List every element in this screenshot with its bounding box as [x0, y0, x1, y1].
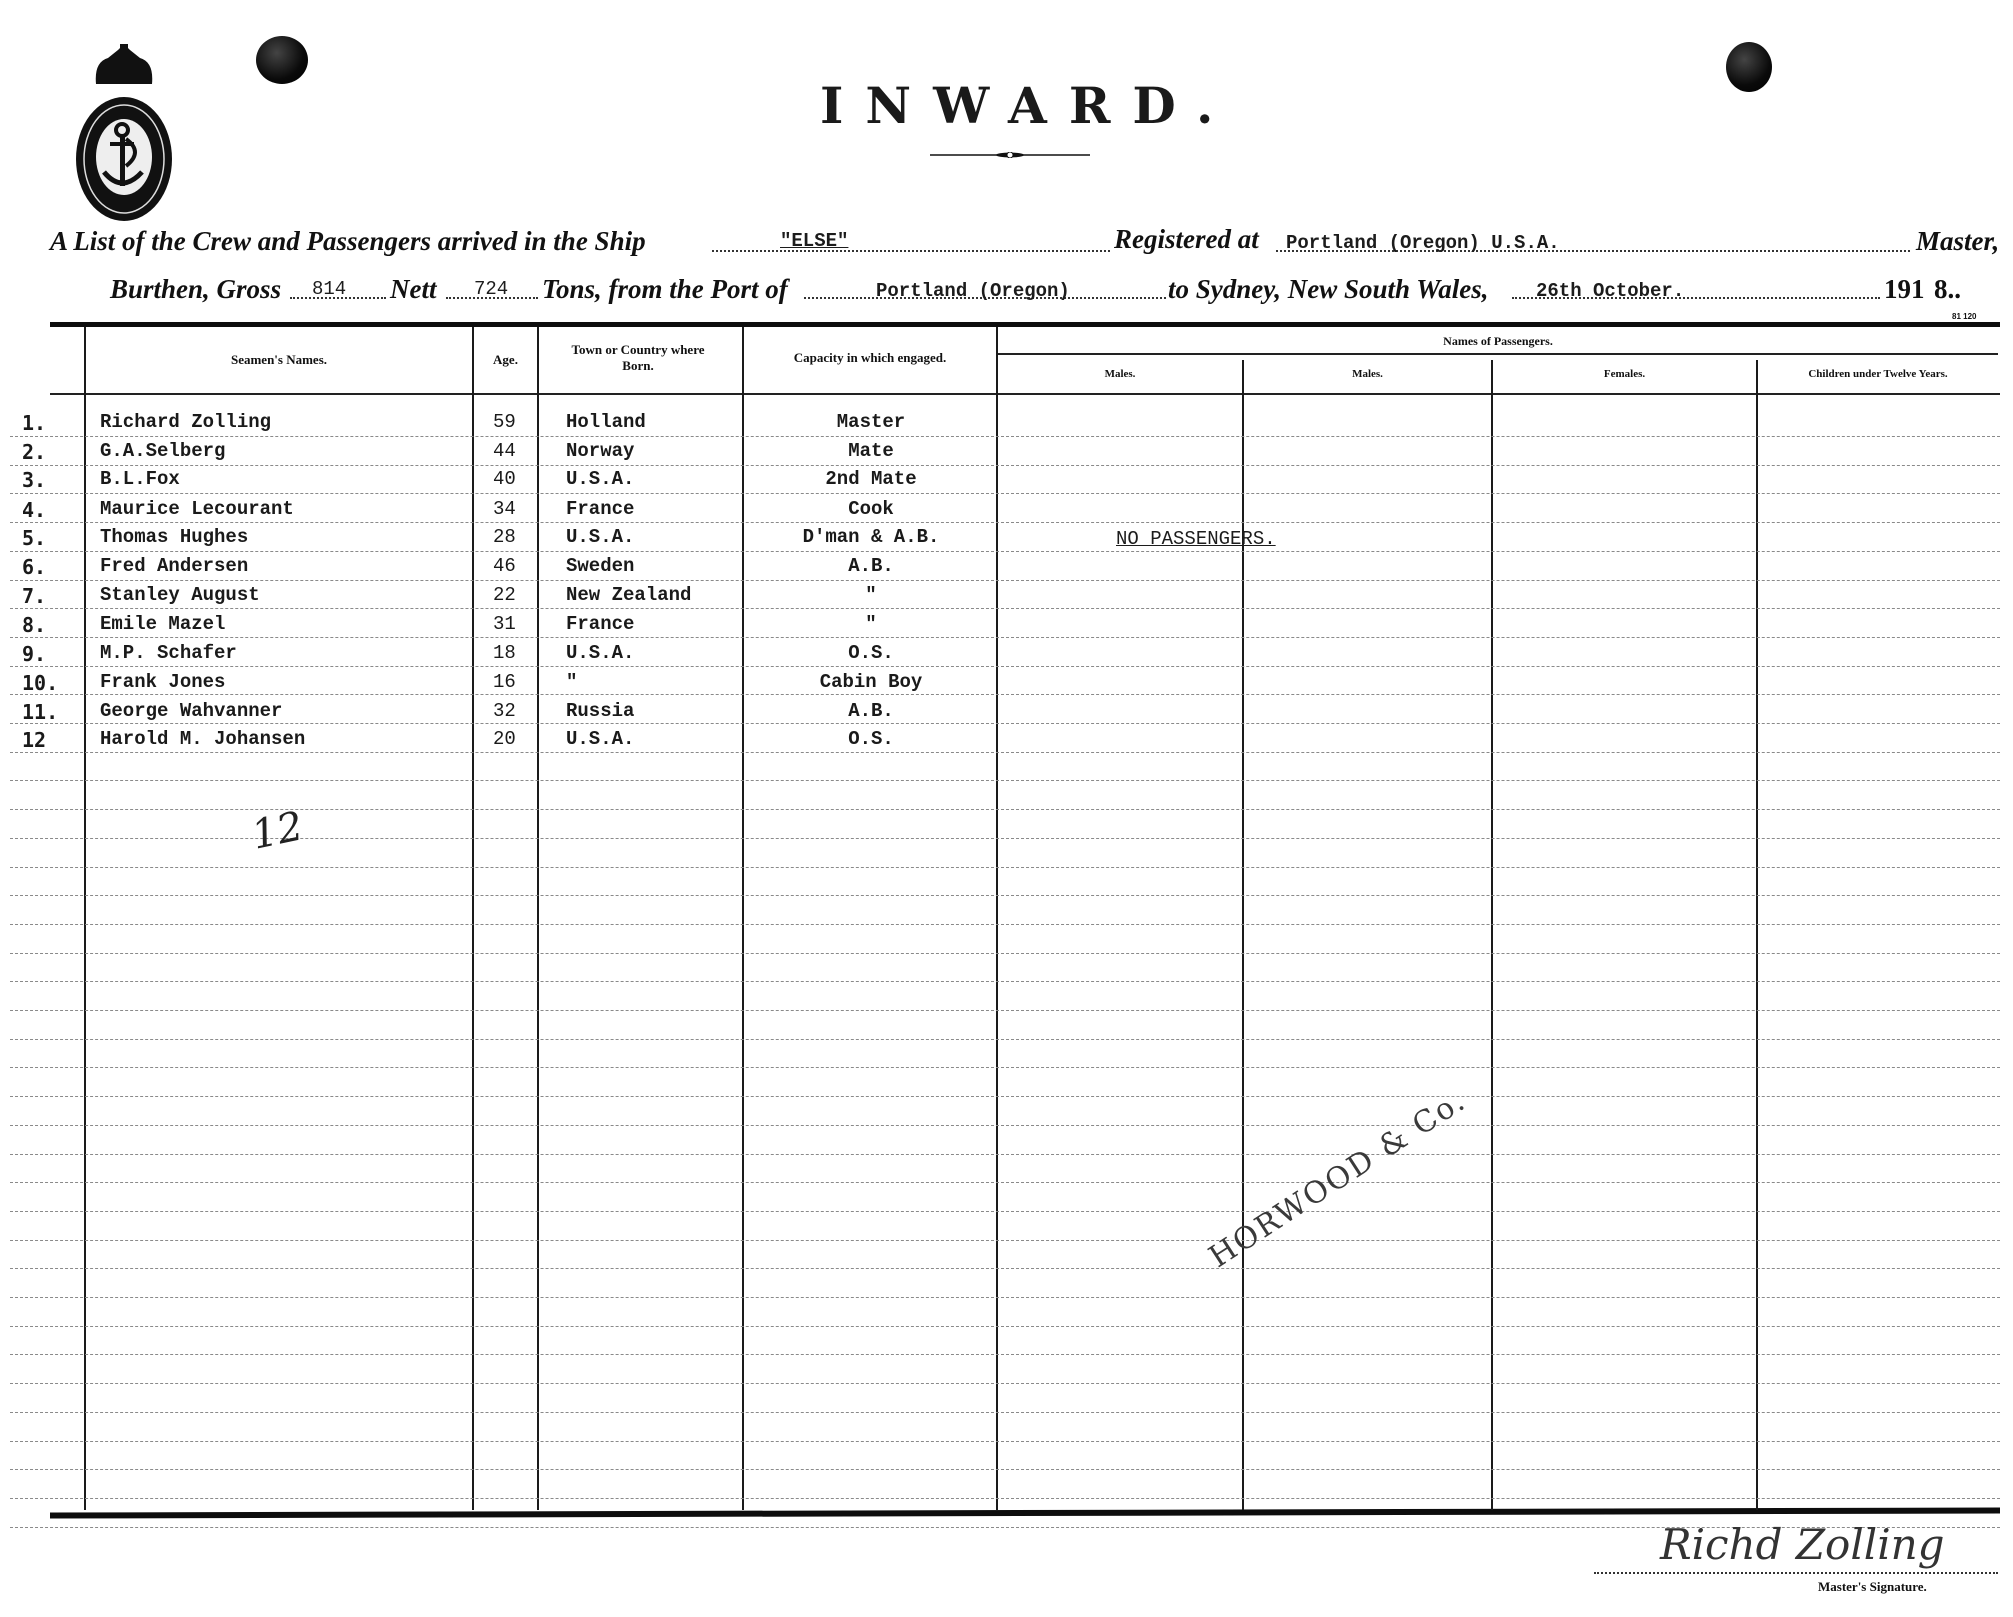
- col-header-age: Age.: [474, 352, 537, 368]
- birthplace: New Zealand: [566, 584, 691, 606]
- col-header-names: Seamen's Names.: [86, 352, 472, 368]
- col-header-males-1: Males.: [998, 366, 1242, 382]
- seaman-name: Richard Zolling: [100, 411, 271, 433]
- capacity: A.B.: [746, 555, 996, 577]
- ruled-line: [10, 1383, 2000, 1384]
- ruled-line: [10, 580, 2000, 581]
- row-number: 12: [22, 728, 46, 752]
- table-bottom-rule: [50, 1507, 2000, 1518]
- birthplace: Russia: [566, 700, 634, 722]
- ruled-line: [10, 1182, 2000, 1183]
- form-number: 81 120: [1952, 312, 1976, 321]
- col-header-capacity: Capacity in which engaged.: [744, 350, 996, 366]
- ruled-line: [10, 1154, 2000, 1155]
- ruled-line: [10, 838, 2000, 839]
- seaman-age: 40: [493, 468, 516, 490]
- col-divider-left: [84, 327, 86, 1510]
- ruled-line: [10, 1326, 2000, 1327]
- ruled-line: [10, 666, 2000, 667]
- seaman-name: Emile Mazel: [100, 613, 225, 635]
- row-number: 3.: [22, 468, 46, 492]
- birthplace: U.S.A.: [566, 468, 634, 490]
- col-header-born: Town or Country where Born.: [568, 342, 708, 374]
- year-prefix: 191: [1884, 274, 1925, 305]
- table-top-rule: [50, 322, 2000, 327]
- title-ornament: [930, 145, 1090, 149]
- handwritten-crew-count: 12: [248, 803, 307, 859]
- ruled-line: [10, 895, 2000, 896]
- birthplace: France: [566, 498, 634, 520]
- col-header-females: Females.: [1493, 366, 1756, 382]
- passengers-subheader-rule: [998, 353, 1998, 355]
- row-number: 9.: [22, 642, 46, 666]
- crew-list-heading: A List of the Crew and Passengers arrive…: [50, 226, 646, 257]
- capacity: Cabin Boy: [746, 671, 996, 693]
- punch-hole-left: [256, 36, 308, 84]
- seaman-name: Harold M. Johansen: [100, 728, 305, 750]
- capacity: A.B.: [746, 700, 996, 722]
- anchor-crest-icon: [66, 44, 182, 224]
- col-header-males-2: Males.: [1244, 366, 1491, 382]
- ruled-line: [10, 1354, 2000, 1355]
- seaman-name: Fred Andersen: [100, 555, 248, 577]
- seaman-name: M.P. Schafer: [100, 642, 237, 664]
- registered-at-label: Registered at: [1114, 224, 1259, 255]
- ruled-line: [10, 1498, 2000, 1499]
- birthplace: U.S.A.: [566, 728, 634, 750]
- seaman-age: 16: [493, 671, 516, 693]
- birthplace: U.S.A.: [566, 642, 634, 664]
- col-divider-name-age: [472, 327, 474, 1510]
- ruled-line: [10, 809, 2000, 810]
- seaman-name: G.A.Selberg: [100, 440, 225, 462]
- header-bottom-rule: [50, 393, 2000, 395]
- ruled-line: [10, 551, 2000, 552]
- seaman-age: 59: [493, 411, 516, 433]
- birthplace: ": [566, 671, 577, 693]
- ruled-line: [10, 924, 2000, 925]
- seaman-name: Stanley August: [100, 584, 260, 606]
- ruled-line: [10, 1010, 2000, 1011]
- col-divider-females-children: [1756, 360, 1758, 1510]
- ruled-line: [10, 953, 2000, 954]
- capacity: Cook: [746, 498, 996, 520]
- col-divider-capacity-passengers: [996, 327, 998, 1510]
- seaman-name: Thomas Hughes: [100, 526, 248, 548]
- row-number: 6.: [22, 555, 46, 579]
- seaman-name: Frank Jones: [100, 671, 225, 693]
- ruled-line: [10, 1211, 2000, 1212]
- capacity: D'man & A.B.: [746, 526, 996, 548]
- row-number: 10.: [22, 671, 58, 695]
- row-number: 1.: [22, 411, 46, 435]
- row-number: 4.: [22, 498, 46, 522]
- capacity: Mate: [746, 440, 996, 462]
- page-title: INWARD.: [820, 76, 1235, 135]
- signature-line: [1594, 1572, 1998, 1574]
- birthplace: Sweden: [566, 555, 634, 577]
- col-divider-age-born: [537, 327, 539, 1510]
- ruled-line: [10, 1297, 2000, 1298]
- col-header-passengers: Names of Passengers.: [998, 333, 1998, 349]
- row-number: 11.: [22, 700, 58, 724]
- master-signature: Richd Zolling: [1660, 1520, 1945, 1569]
- ruled-line: [10, 1441, 2000, 1442]
- seaman-age: 20: [493, 728, 516, 750]
- capacity: O.S.: [746, 728, 996, 750]
- ruled-line: [10, 1067, 2000, 1068]
- birthplace: France: [566, 613, 634, 635]
- ruled-line: [10, 752, 2000, 753]
- master-label: Master,: [1916, 226, 1999, 257]
- seaman-age: 32: [493, 700, 516, 722]
- year-suffix: 8..: [1934, 274, 1961, 305]
- ruled-line: [10, 723, 2000, 724]
- seaman-age: 28: [493, 526, 516, 548]
- ship-name-fill: [712, 250, 1110, 252]
- ruled-line: [10, 1096, 2000, 1097]
- nett-label: Nett: [390, 274, 437, 305]
- ruled-line: [10, 465, 2000, 466]
- ruled-line: [10, 1039, 2000, 1040]
- row-number: 7.: [22, 584, 46, 608]
- punch-hole-right: [1726, 42, 1772, 92]
- burthen-gross-label: Burthen, Gross: [110, 274, 281, 305]
- ruled-line: [10, 1412, 2000, 1413]
- ruled-line: [10, 493, 2000, 494]
- ruled-line: [10, 522, 2000, 523]
- ruled-line: [10, 1469, 2000, 1470]
- col-divider-born-capacity: [742, 327, 744, 1510]
- signature-label: Master's Signature.: [1818, 1579, 1927, 1595]
- ruled-line: [10, 1268, 2000, 1269]
- port-of-field: Portland (Oregon): [876, 280, 1070, 302]
- seaman-age: 18: [493, 642, 516, 664]
- capacity: 2nd Mate: [746, 468, 996, 490]
- birthplace: Norway: [566, 440, 634, 462]
- seaman-name: B.L.Fox: [100, 468, 180, 490]
- seaman-age: 31: [493, 613, 516, 635]
- arrival-date-field: 26th October.: [1536, 280, 1684, 302]
- ruled-line: [10, 780, 2000, 781]
- row-number: 8.: [22, 613, 46, 637]
- ruled-line: [10, 867, 2000, 868]
- no-passengers-note: NO PASSENGERS.: [1116, 528, 1276, 550]
- ship-name-field: "ELSE": [780, 230, 848, 252]
- nett-tons-field: 724: [474, 278, 508, 300]
- capacity: Master: [746, 411, 996, 433]
- row-number: 2.: [22, 440, 46, 464]
- col-divider-males-females: [1491, 360, 1493, 1510]
- ruled-line: [10, 436, 2000, 437]
- row-number: 5.: [22, 526, 46, 550]
- seaman-name: George Wahvanner: [100, 700, 282, 722]
- ruled-line: [10, 981, 2000, 982]
- capacity: ": [746, 613, 996, 635]
- col-header-children: Children under Twelve Years.: [1758, 366, 1998, 382]
- capacity: O.S.: [746, 642, 996, 664]
- ruled-line: [10, 1125, 2000, 1126]
- seaman-age: 44: [493, 440, 516, 462]
- seaman-name: Maurice Lecourant: [100, 498, 294, 520]
- ruled-line: [10, 694, 2000, 695]
- ruled-line: [10, 608, 2000, 609]
- birthplace: Holland: [566, 411, 646, 433]
- capacity: ": [746, 584, 996, 606]
- ruled-line: [10, 637, 2000, 638]
- birthplace: U.S.A.: [566, 526, 634, 548]
- tons-from-port-label: Tons, from the Port of: [542, 274, 788, 305]
- registered-at-field: Portland (Oregon) U.S.A.: [1286, 232, 1560, 254]
- seaman-age: 46: [493, 555, 516, 577]
- ruled-line: [10, 1240, 2000, 1241]
- destination-label: to Sydney, New South Wales,: [1168, 274, 1489, 305]
- seaman-age: 22: [493, 584, 516, 606]
- seaman-age: 34: [493, 498, 516, 520]
- gross-tons-field: 814: [312, 278, 346, 300]
